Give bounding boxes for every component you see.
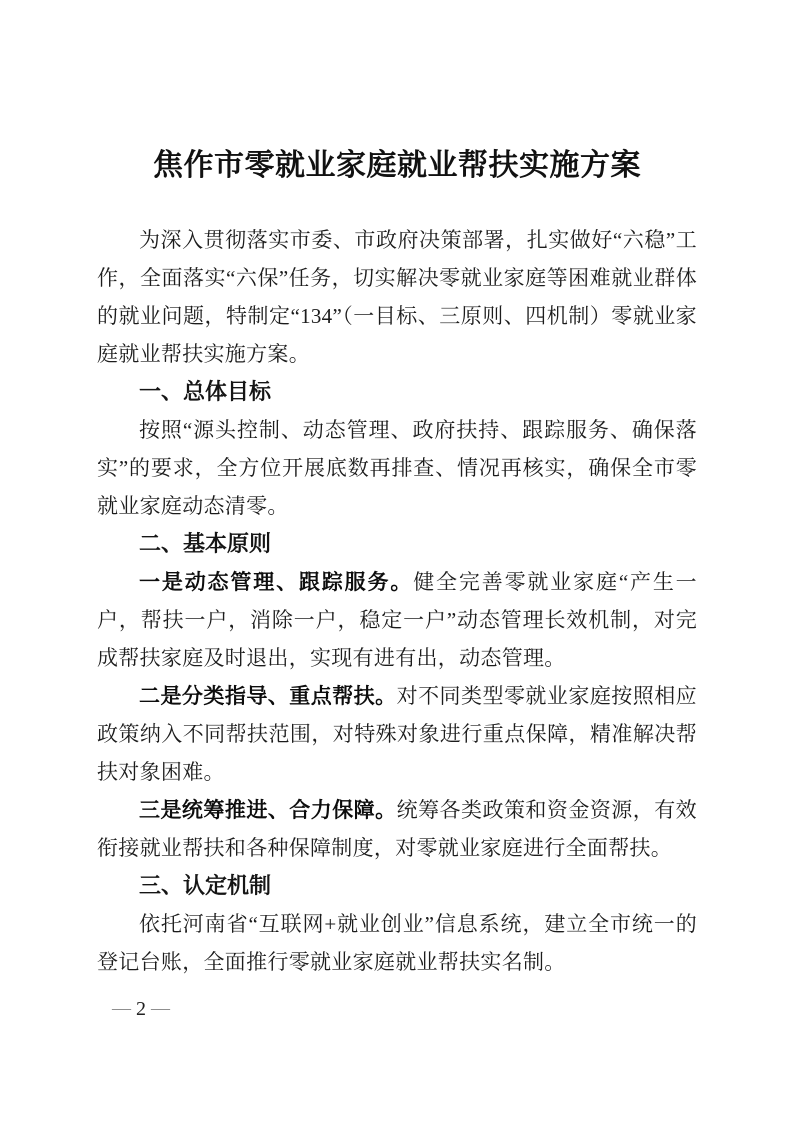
section-heading-overall-goal: 一、总体目标 [97,373,697,411]
page-number-dash-right: — [149,995,172,1023]
page-number-value: 2 [133,995,149,1023]
paragraph-identification-mechanism: 依托河南省“互联网+就业创业”信息系统，建立全市统一的登记台账，全面推行零就业家… [97,905,697,981]
paragraph-principle-3: 三是统筹推进、合力保障。统筹各类政策和资金资源，有效衔接就业帮扶和各种保障制度，… [97,791,697,867]
document-body: 为深入贯彻落实市委、市政府决策部署，扎实做好“六稳”工作，全面落实“六保”任务，… [97,221,697,981]
document-title: 焦作市零就业家庭就业帮扶实施方案 [97,143,697,189]
paragraph-lead: 一是动态管理、跟踪服务。 [139,570,413,594]
paragraph-lead: 二是分类指导、重点帮扶。 [139,684,397,708]
section-heading-identification-mechanism: 三、认定机制 [97,867,697,905]
page-number: — 2 — [110,995,172,1023]
paragraph-intro: 为深入贯彻落实市委、市政府决策部署，扎实做好“六稳”工作，全面落实“六保”任务，… [97,221,697,373]
document-page: 焦作市零就业家庭就业帮扶实施方案 为深入贯彻落实市委、市政府决策部署，扎实做好“… [0,0,793,1122]
paragraph-principle-1: 一是动态管理、跟踪服务。健全完善零就业家庭“产生一户，帮扶一户，消除一户，稳定一… [97,563,697,677]
page-number-dash-left: — [110,995,133,1023]
section-heading-basic-principles: 二、基本原则 [97,525,697,563]
paragraph-overall-goal: 按照“源头控制、动态管理、政府扶持、跟踪服务、确保落实”的要求，全方位开展底数再… [97,411,697,525]
paragraph-lead: 三是统筹推进、合力保障。 [139,798,397,822]
paragraph-principle-2: 二是分类指导、重点帮扶。对不同类型零就业家庭按照相应政策纳入不同帮扶范围，对特殊… [97,677,697,791]
